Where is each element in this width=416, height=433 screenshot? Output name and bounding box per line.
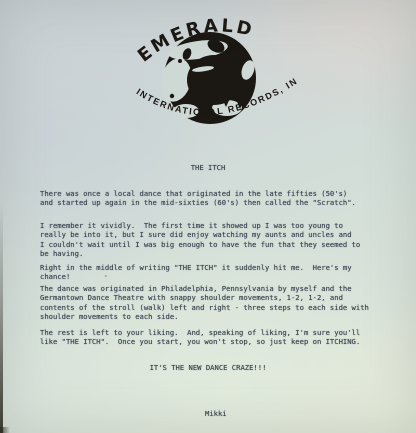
- photo-bottom-edge-shadow: [0, 427, 10, 433]
- typo-correction-mark: ″: [104, 274, 108, 283]
- tagline: IT'S THE NEW DANCE CRAZE!!!: [0, 363, 416, 372]
- paragraph-1: There was once a local dance that origin…: [40, 189, 356, 208]
- emerald-records-logo: EMERALD INTERNATIONAL RECORDS, INC.: [128, 6, 304, 144]
- typewritten-record-insert-photo: EMERALD INTERNATIONAL RECORDS, INC. THE …: [0, 0, 416, 433]
- paragraph-5: The rest is left to your liking. And, sp…: [40, 328, 360, 347]
- paragraph-2: I remember it vividly. The first time it…: [40, 221, 360, 259]
- signature: Mikki: [205, 409, 227, 418]
- photo-left-edge-shadow: [0, 203, 3, 433]
- paragraph-4: The dance was originated in Philadelphia…: [40, 284, 369, 322]
- paragraph-3: Right in the middle of writing "THE ITCH…: [40, 263, 352, 282]
- document-title: THE ITCH: [0, 163, 416, 172]
